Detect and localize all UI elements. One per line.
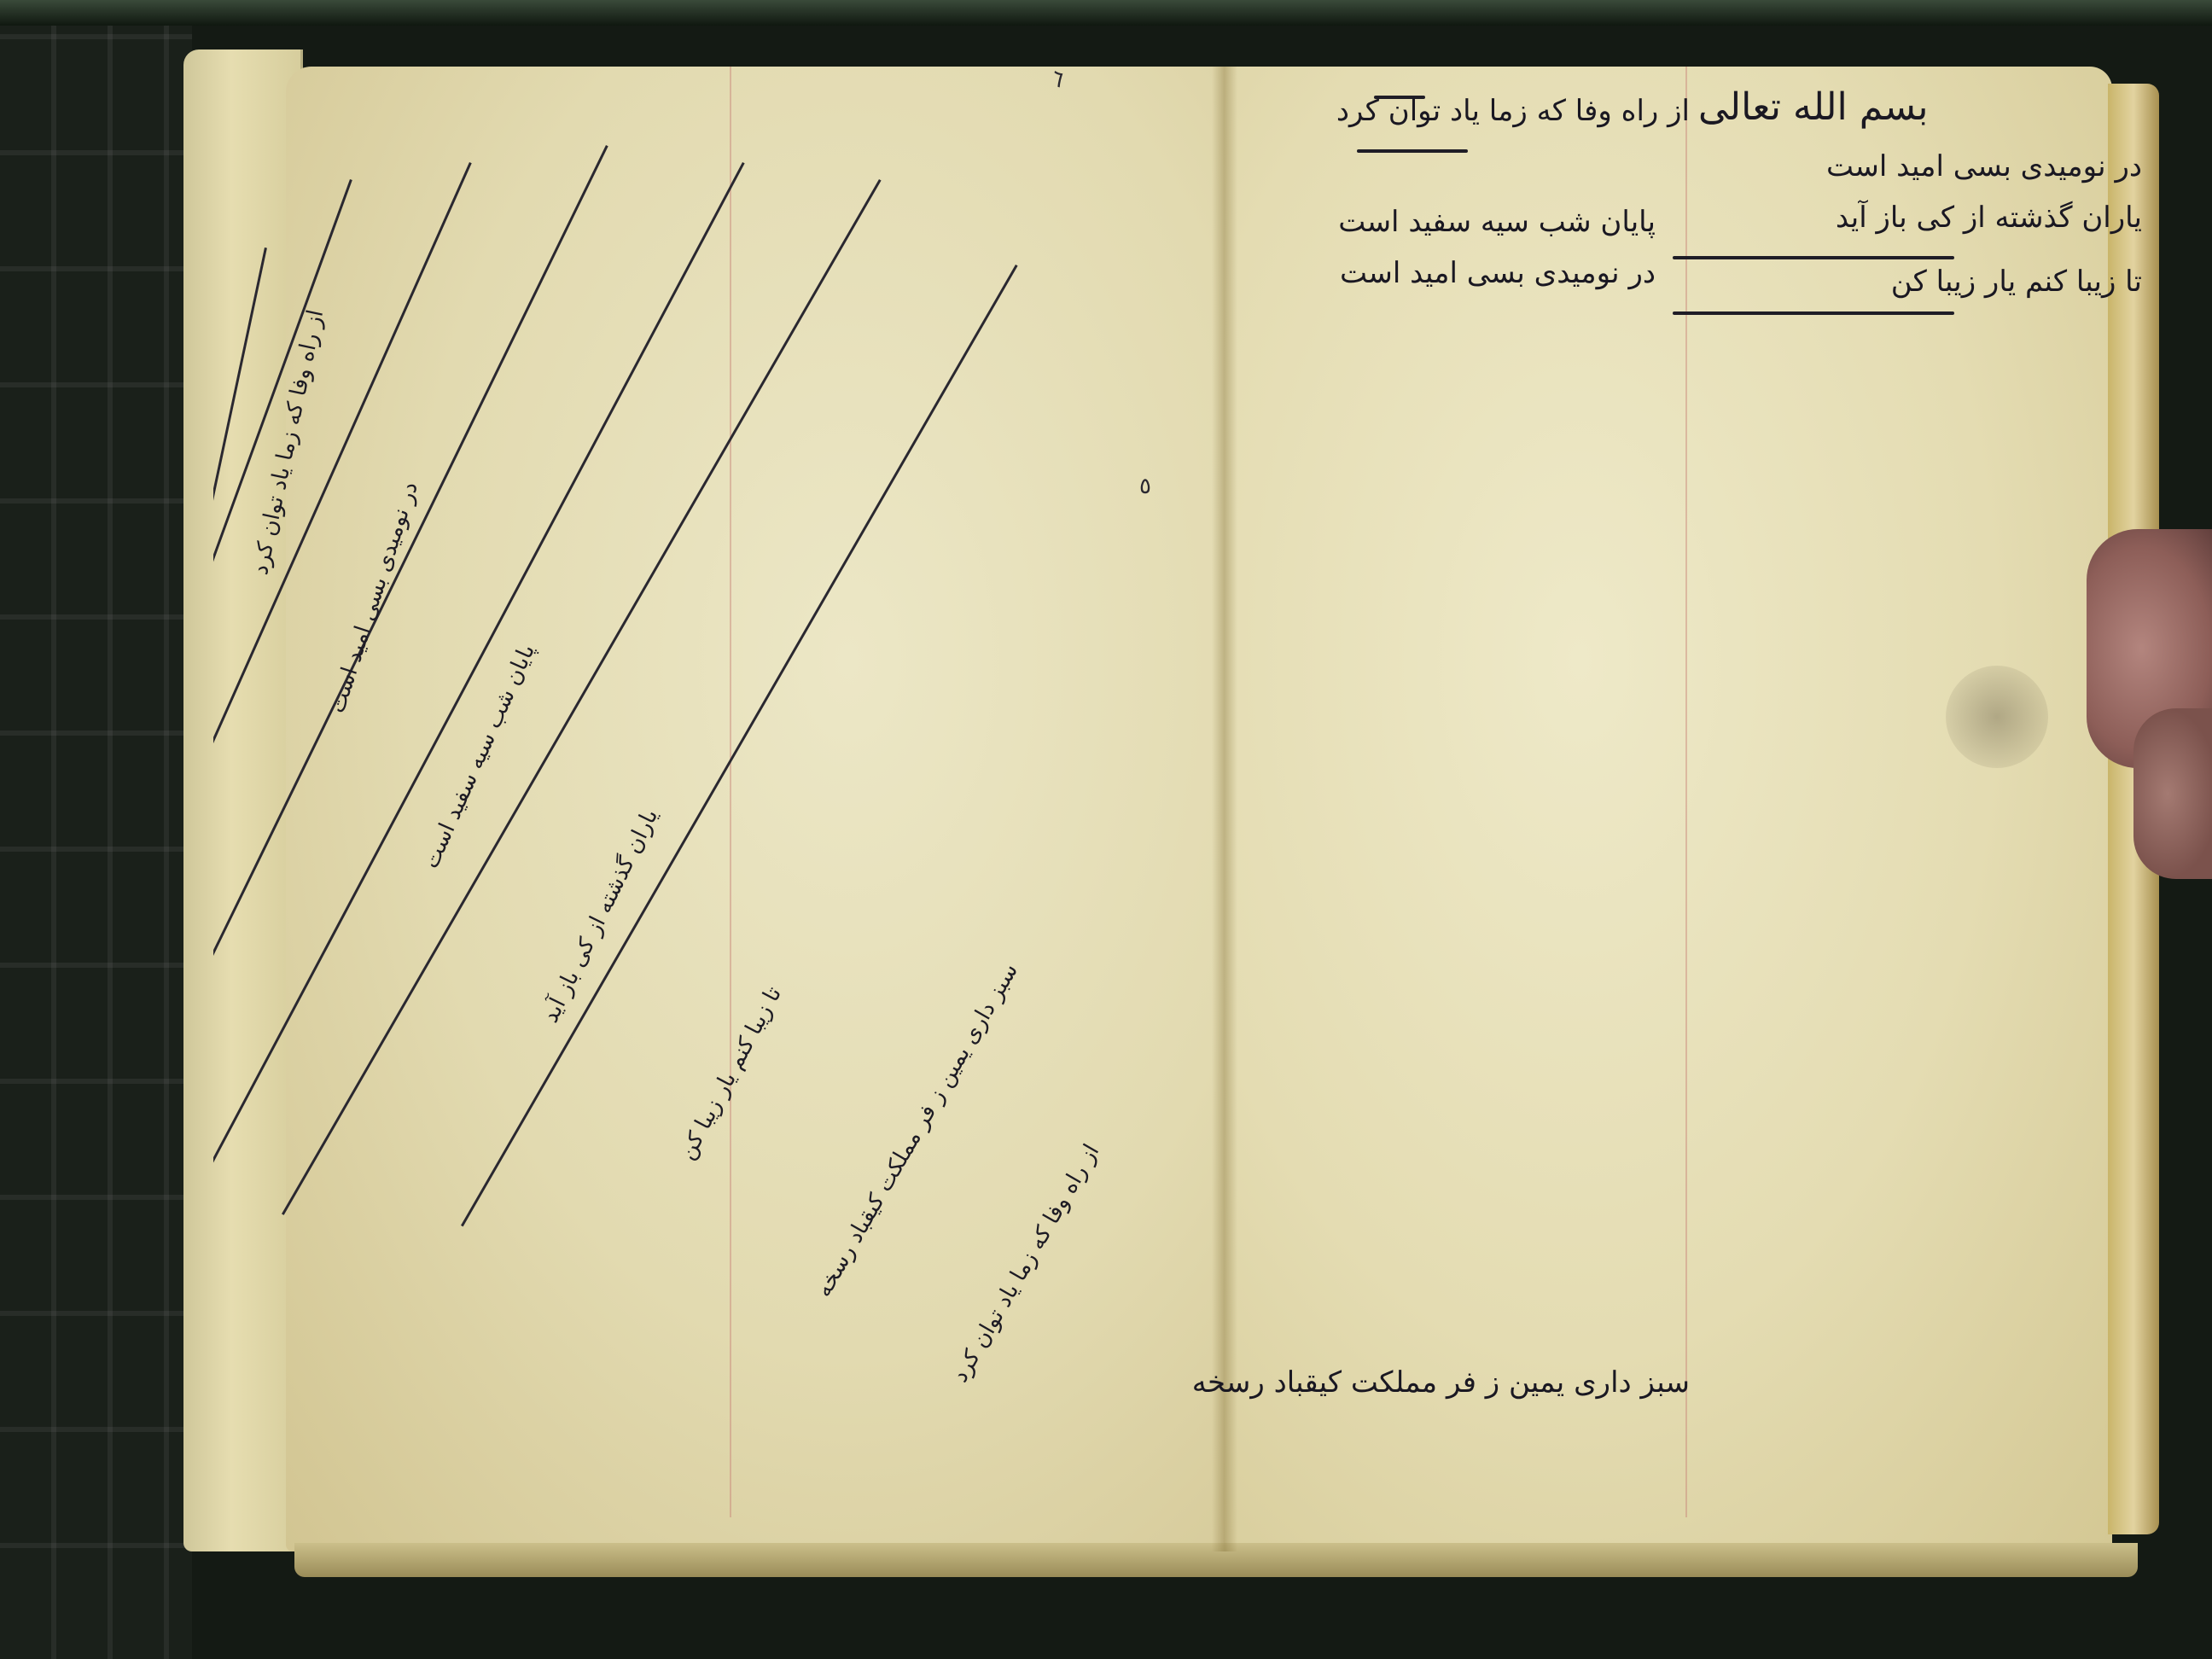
book-gutter	[1212, 67, 1237, 1551]
left-page-diagonal-text: از راه وفا که زما یاد توان کرد در نومیدی…	[213, 94, 1109, 1502]
verse-line: یاران گذشته از کی باز آید	[1673, 201, 2142, 235]
diagonal-text-column: یاران گذشته از کی باز آید	[538, 805, 663, 1027]
verse-line: پایان شب سیه سفید است	[1246, 205, 1656, 239]
diagonal-text-column: در نومیدی بسی امید است	[324, 479, 423, 716]
diagonal-text-column: پایان شب سیه سفید است	[418, 640, 540, 872]
diagonal-text-column: تا زیبا کنم یار زیبا کن	[674, 982, 787, 1164]
diagonal-text-column: سبز داری یمین ز فر مملکت کیقباد رسخه	[811, 959, 1023, 1301]
verse-rule	[1357, 149, 1468, 153]
page-heading: بسم الله تعالى	[1698, 85, 1929, 129]
column-separator	[213, 162, 745, 1219]
verse-line: سبز داری یمین ز فر مملکت کیقباد رسخه	[1246, 1365, 1690, 1400]
verse-line: در نومیدی بسی امید است	[1246, 256, 1656, 290]
finger	[2133, 708, 2212, 879]
diagonal-text-column: از راه وفا که زما یاد توان کرد	[947, 1140, 1104, 1387]
floor-background	[0, 0, 192, 1659]
page-marker: ٥	[1139, 474, 1151, 499]
top-edge-background	[0, 0, 2212, 26]
ink-smudge	[1946, 666, 2048, 768]
column-separator	[213, 162, 472, 1021]
verse-line: تا زیبا کنم یار زیبا کن	[1673, 265, 2142, 299]
verse-rule	[1673, 256, 1954, 259]
verse-rule	[1673, 311, 1954, 315]
column-separator	[213, 179, 352, 902]
column-separator	[282, 179, 882, 1215]
verse-line: از راه وفا که زما یاد توان کرد	[1246, 94, 1690, 128]
verse-line: در نومیدی بسی امید است	[1673, 149, 2142, 183]
